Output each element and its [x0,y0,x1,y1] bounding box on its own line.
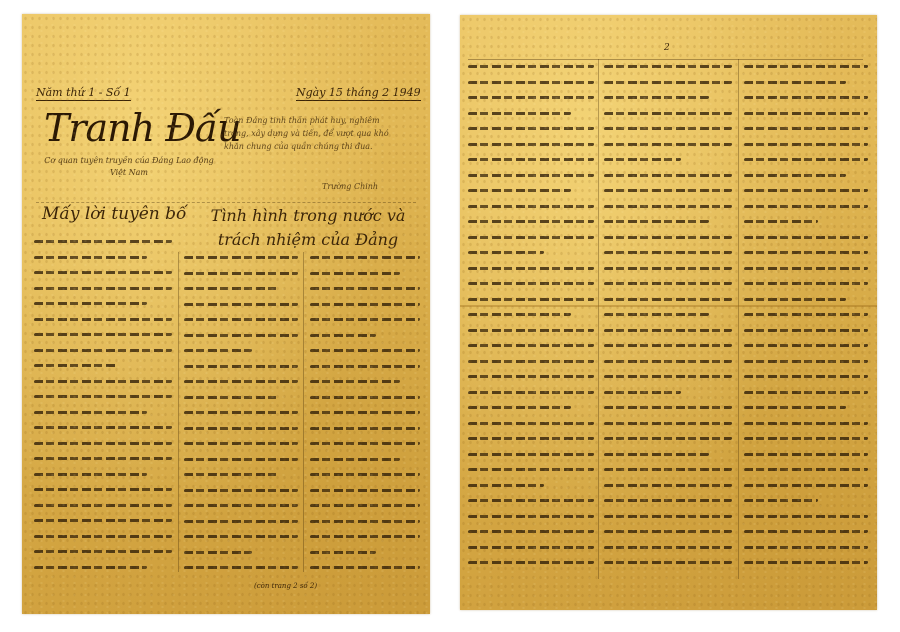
quote-signature: Trường Chinh [322,182,378,191]
column-divider [303,252,304,572]
article-column-1 [468,65,594,580]
newspaper-front-page: Năm thứ 1 - Số 1 Ngày 15 tháng 2 1949 Tr… [22,14,430,614]
header-quote: Toàn Đảng tinh thần phát huy, nghiêm trọ… [224,114,404,153]
issue-number: Năm thứ 1 - Số 1 [36,86,131,101]
column-divider [178,252,179,572]
article-column-1 [34,240,172,570]
masthead-subtitle: Cơ quan tuyên truyền của Đảng Lao động V… [44,155,214,179]
article-column-2 [604,65,732,580]
column-title-situation: Tình hình trong nước và trách nhiệm của … [208,204,408,252]
column-divider [598,59,599,579]
continuation-note: (còn trang 2 số 2) [254,582,317,590]
issue-date: Ngày 15 tháng 2 1949 [296,86,421,101]
column-divider [738,59,739,579]
newspaper-page-two: 2 [460,15,877,610]
page-number: 2 [664,43,670,53]
article-column-2 [184,256,298,572]
article-column-3 [744,65,868,580]
column-title-editorial: Mấy lời tuyên bố [42,204,186,224]
top-rule [468,59,863,60]
header-divider [36,202,416,203]
article-column-3 [310,256,420,572]
masthead-title: Tranh Đấu [44,106,241,150]
